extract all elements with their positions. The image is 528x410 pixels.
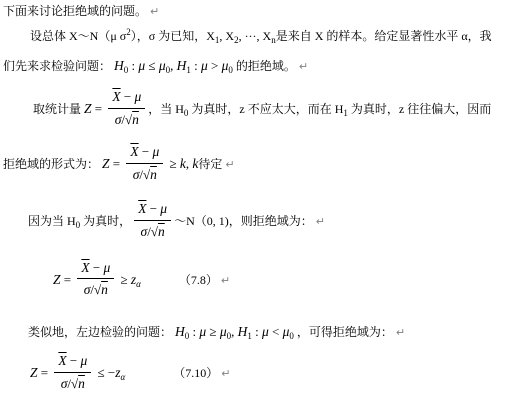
intro-text: 下面来讨论拒绝域的问题。 [3,4,147,18]
hypothesis-h1: H [177,58,187,73]
hypothesis-h0: H [175,324,185,339]
equation-7-10: Z = X − μσ/√n ≤ −zα（7.10）↵ [0,353,528,396]
hypothesis-h0: H [114,58,124,73]
paragraph-line-4: 取统计量 Z = X − μσ/√n，当 H0 为真时，z 不应太大，而在 H1… [0,89,528,132]
statistic-z: Z [84,102,92,117]
paragraph-mark-icon: ↵ [221,274,230,287]
z-statistic-fraction: X − μσ/√n [54,351,91,394]
paragraph-line-3: 们先来求检验问题： H0 : μ ≤ μ0, H1 : μ > μ0 的拒绝域。… [0,56,528,77]
equation-number: （7.8） [179,273,218,287]
paragraph-line-5: 拒绝域的形式为： Z = X − μσ/√n ≥ k, k待定↵ [0,144,528,187]
paragraph-mark-icon: ↵ [150,5,159,18]
fraction-denominator: σ/√n [108,109,145,130]
equation-7-8: Z = X − μσ/√n ≥ zα（7.8）↵ [0,260,528,303]
setup-text: 设总体 X～N（μ σ [30,29,126,43]
statistic-z: Z [53,272,61,287]
fraction-numerator: X − μ [108,87,145,109]
paragraph-line-1: 下面来讨论拒绝域的问题。↵ [0,3,528,20]
z-statistic-fraction: X − μσ/√n [126,142,163,185]
equation-number: （7.10） [173,366,218,380]
hypothesis-h1: H [238,324,248,339]
paragraph-mark-icon: ↵ [299,60,308,73]
statistic-z: Z [102,156,110,171]
statistic-z: Z [30,365,38,380]
paragraph-mark-icon: ↵ [396,326,405,339]
paragraph-mark-icon: ↵ [225,158,234,171]
paragraph-line-6: 因为当 H0 为真时，X − μσ/√n～N（0, 1)，则拒绝域为：↵ [0,201,528,244]
paragraph-mark-icon: ↵ [221,367,230,380]
z-statistic-fraction: X − μσ/√n [108,87,145,130]
paragraph-line-2: 设总体 X～N（μ σ2），σ 为已知，X1, X2, ···, Xn是来自 X… [0,26,528,47]
z-statistic-fraction: X − μσ/√n [77,258,114,301]
z-statistic-fraction: X − μσ/√n [134,199,171,242]
paragraph-line-8: 类似地，左边检验的问题： H0 : μ ≥ μ0, H1 : μ < μ0 ，可… [0,322,528,343]
paragraph-mark-icon: ↵ [316,215,325,228]
radical-icon: √ [151,224,158,239]
